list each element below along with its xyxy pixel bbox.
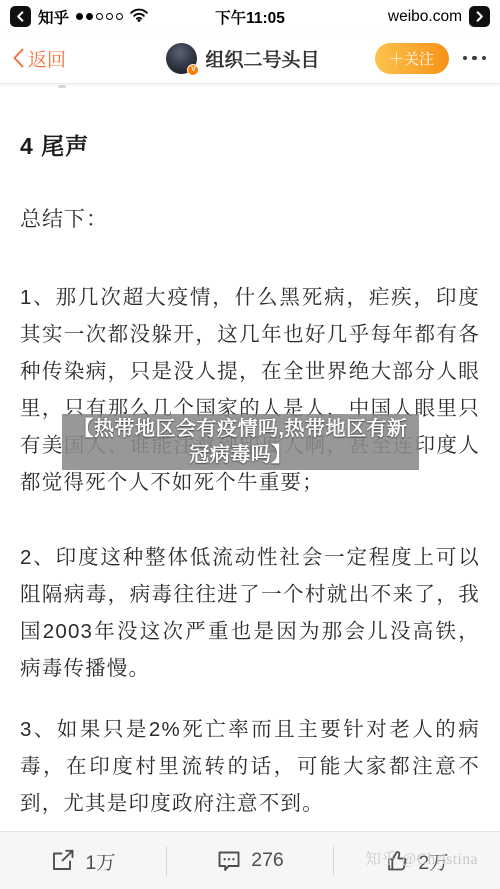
follow-button[interactable]: ＋关注 [375, 43, 449, 74]
status-bar: 知乎 下午11:05 weibo.com [0, 0, 500, 33]
share-icon [50, 849, 76, 872]
back-button-label: 返回 [28, 45, 66, 72]
verified-badge-icon: V [187, 64, 199, 76]
forward-icon[interactable] [469, 6, 490, 27]
comment-button[interactable]: 276 [167, 832, 333, 889]
weibo-article-page: 知乎 下午11:05 weibo.com 返回 [0, 0, 500, 889]
chevron-left-icon [12, 48, 25, 68]
status-site-url: weibo.com [388, 8, 462, 26]
caption-overlay: 【热带地区会有疫情吗,热带地区有新冠病毒吗】 [62, 414, 419, 470]
back-to-app-icon[interactable] [10, 6, 31, 27]
avatar[interactable]: V [166, 43, 197, 74]
summary-intro: 总结下： [20, 203, 480, 233]
paragraph-2: 2、印度这种整体低流动性社会一定程度上可以阻隔病毒，病毒往往进了一个村就出不来了… [20, 539, 480, 687]
photo-watermark: 知乎 @Christina [366, 847, 478, 869]
comment-count: 276 [251, 849, 284, 872]
comment-icon [216, 849, 242, 872]
back-button[interactable]: 返回 [12, 45, 132, 72]
article-body: 4 尾声 总结下： 1、那几次超大疫情，什么黑死病，疟疾，印度其实一次都没躲开，… [0, 128, 500, 822]
share-button[interactable]: 1万 [0, 832, 166, 889]
username[interactable]: 组织二号头目 [205, 45, 319, 72]
nav-bar: 返回 V 组织二号头目 ＋关注 [0, 33, 500, 84]
signal-strength-icon [76, 13, 123, 20]
paragraph-3: 3、如果只是2%死亡率而且主要针对老人的病毒，在印度村里流转的话，可能大家都注意… [20, 711, 480, 822]
status-time: 下午11:05 [215, 6, 285, 28]
scroll-indicator [58, 85, 66, 88]
section-heading: 4 尾声 [20, 128, 480, 161]
more-options-icon[interactable] [463, 50, 487, 67]
wifi-icon [130, 8, 148, 26]
status-app-name: 知乎 [38, 6, 69, 28]
share-count: 1万 [85, 847, 115, 875]
